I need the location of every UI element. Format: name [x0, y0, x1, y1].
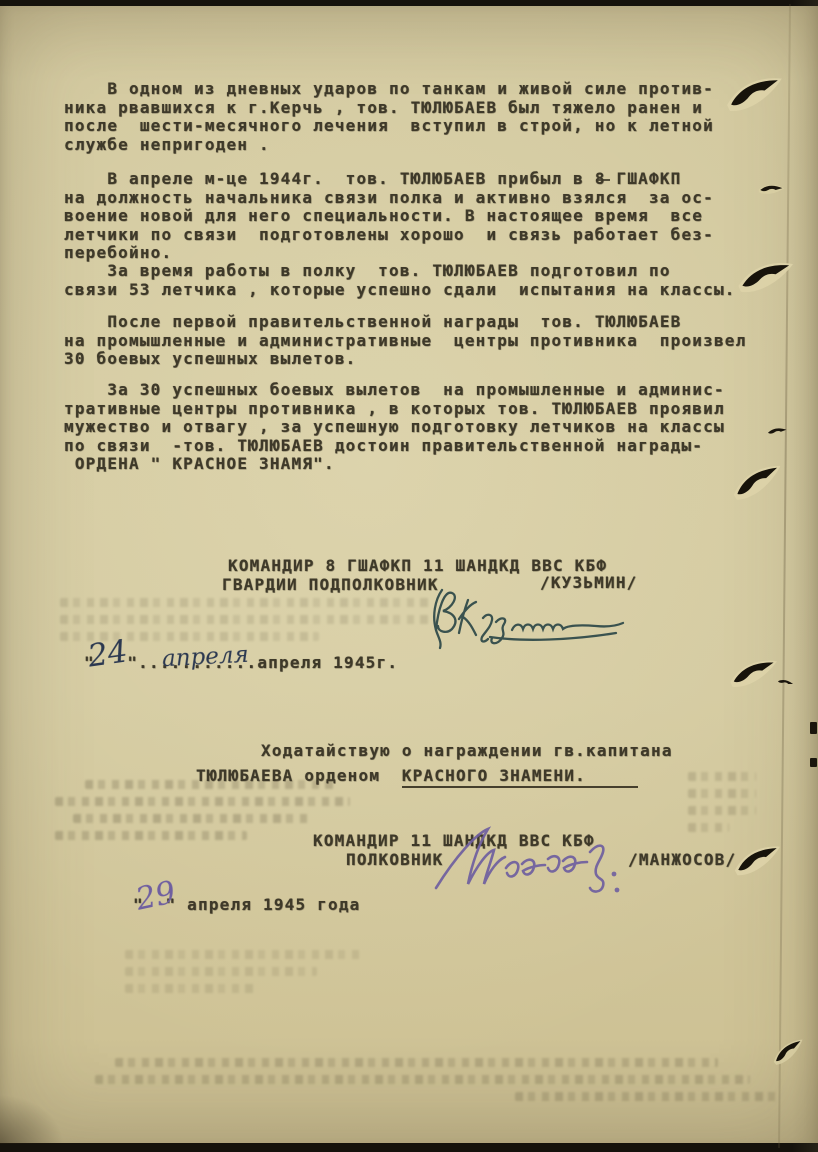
paper-tear-mark — [726, 653, 782, 696]
strikethrough-mark — [596, 179, 610, 181]
edge-nick-mark — [810, 722, 817, 734]
endorsement-prefix: ТЮЛЮБАЕВА орденом — [196, 766, 402, 785]
paragraph-1: В одном из дневных ударов по танкам и жи… — [64, 80, 764, 154]
paper-tear-mark — [729, 839, 787, 885]
handwritten-month-april: апреля — [161, 642, 249, 673]
paper-fold-line — [778, 4, 791, 1148]
paragraph-2: В апреле м-це 1944г. тов. ТЮЛЮБАЕВ прибы… — [64, 170, 764, 263]
endorsement-line-2: ТЮЛЮБАЕВА орденом КРАСНОГО ЗНАМЕНИ. — [196, 767, 638, 786]
manzhosov-handwritten-signature — [428, 822, 663, 902]
paragraph-4: После первой правительственной награды т… — [64, 313, 774, 369]
award-name-underlined: КРАСНОГО ЗНАМЕНИ. — [402, 766, 638, 788]
edge-shadow — [792, 0, 818, 1152]
corner-shadow — [0, 1074, 90, 1144]
scanned-document-page: В одном из дневных ударов по танкам и жи… — [0, 0, 818, 1152]
scan-top-edge — [0, 0, 818, 6]
scan-bottom-edge — [0, 1143, 818, 1152]
kuzmin-handwritten-signature — [428, 580, 633, 650]
edge-nick-mark — [810, 758, 817, 767]
bleed-through-text — [688, 772, 756, 840]
endorsement-line-1: Ходатайствую о награждении гв.капитана — [261, 742, 673, 761]
paper-tear-mark — [735, 256, 798, 302]
paragraph-5: За 30 успешных боевых вылетов на промышл… — [64, 381, 774, 474]
handwritten-day-24: 24 — [86, 633, 130, 674]
paragraph-3: За время работы в полку тов. ТЮЛЮБАЕВ по… — [64, 262, 764, 299]
paper-tear-mark — [721, 70, 789, 122]
commander-rank-1: ГВАРДИИ ПОДПОЛКОВНИК — [222, 576, 439, 595]
paper-tear-mark — [765, 422, 790, 443]
bleed-through-text — [55, 780, 350, 848]
bleed-through-text — [125, 950, 365, 1001]
bleed-through-text — [95, 1058, 750, 1109]
